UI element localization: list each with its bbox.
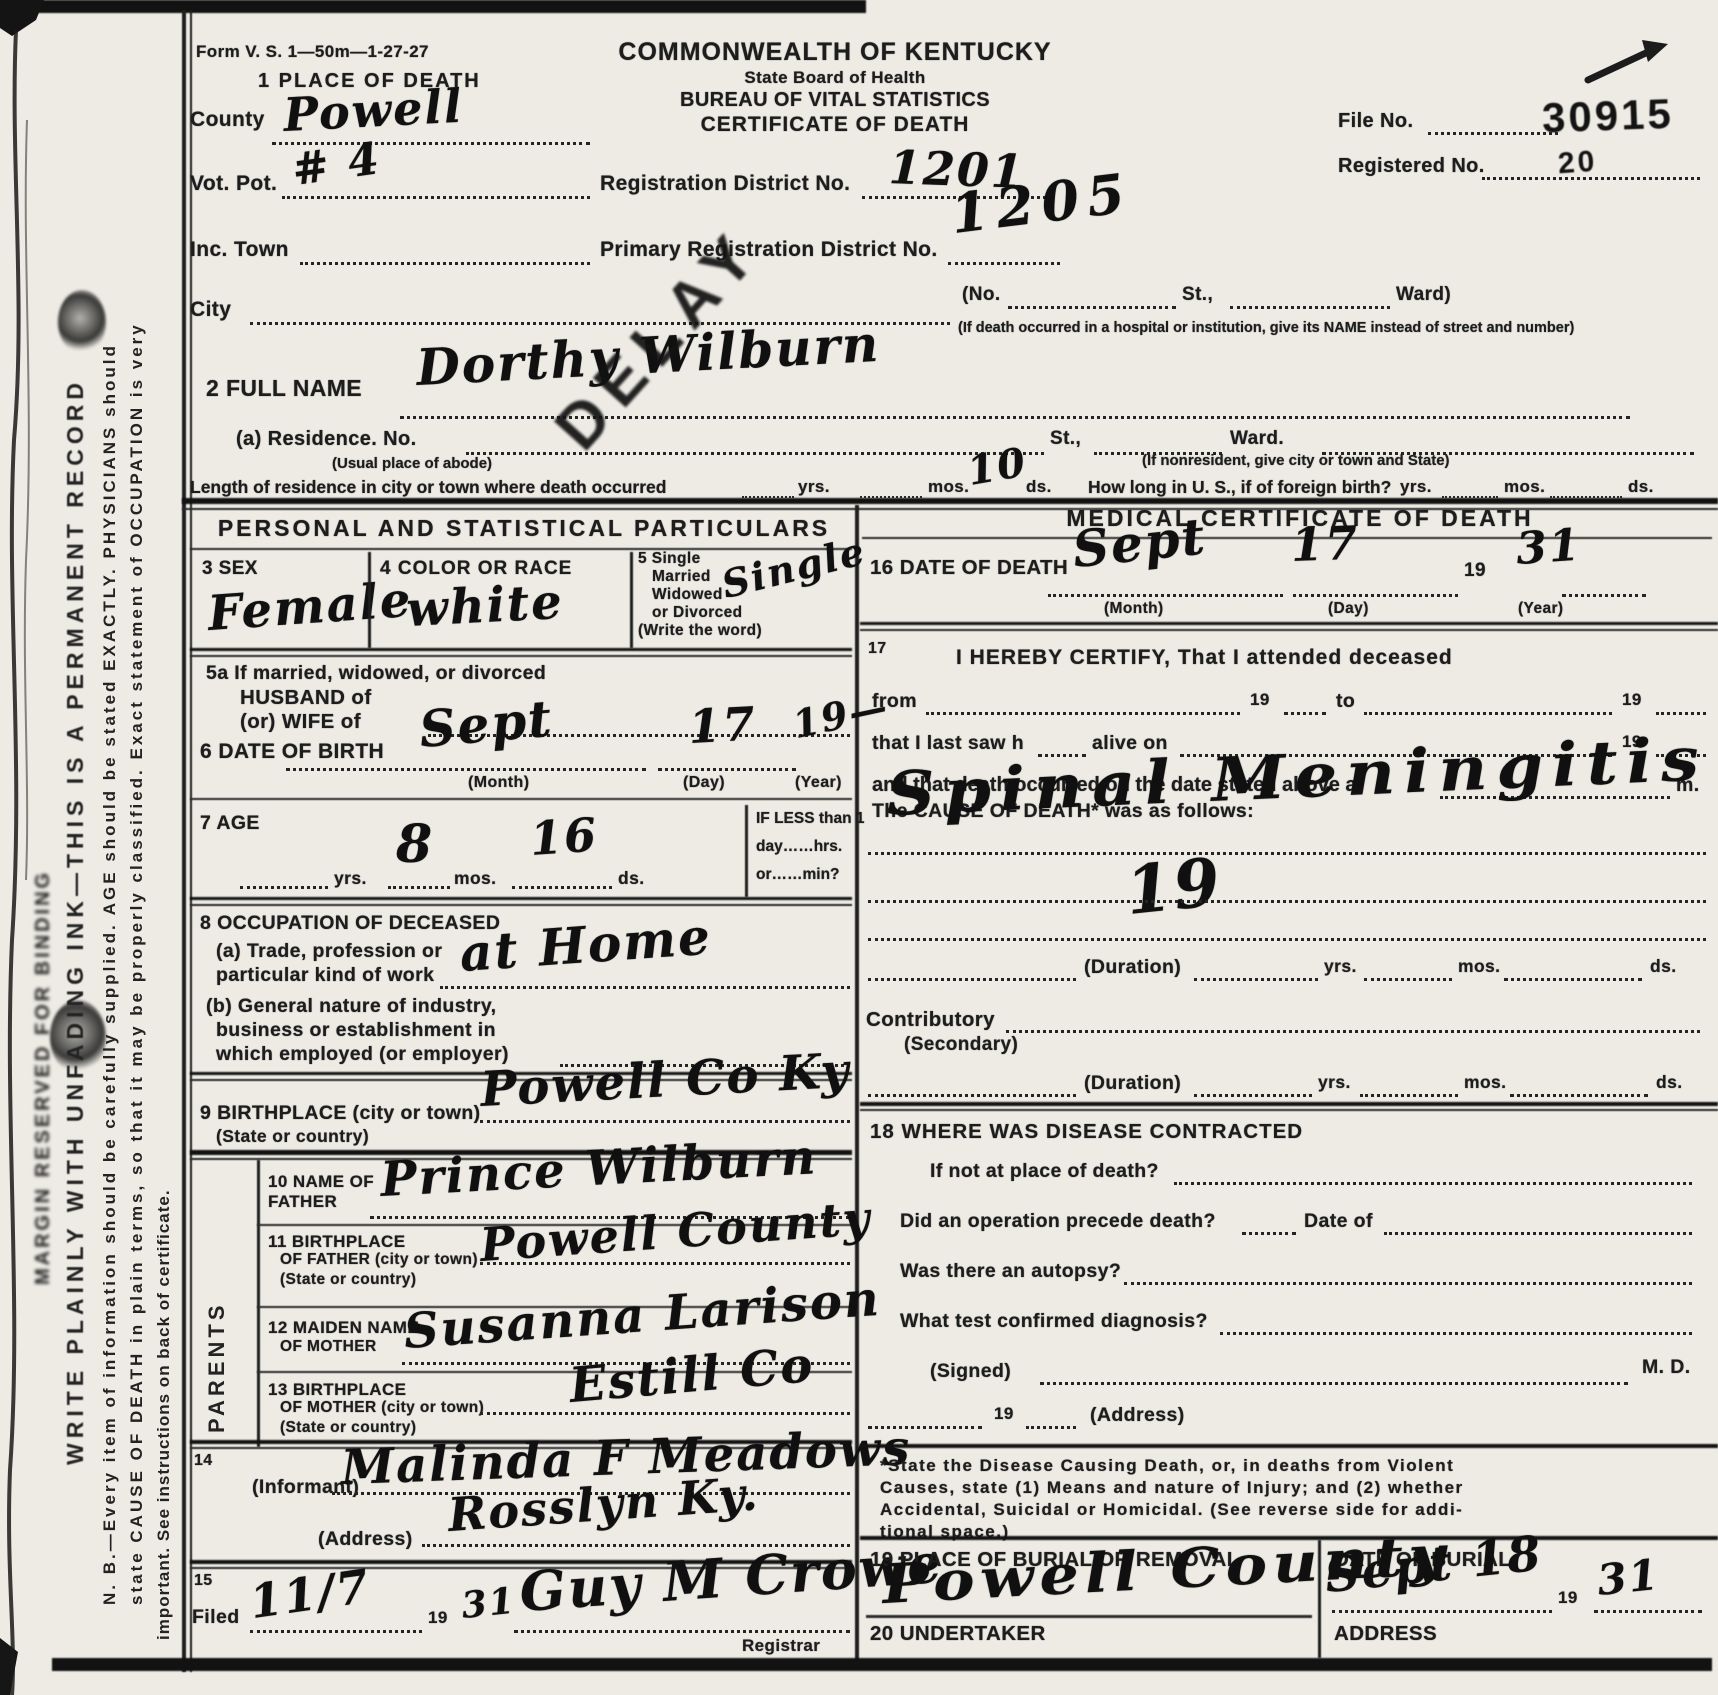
duration1-label: (Duration) (1084, 956, 1181, 979)
md-label: M. D. (1642, 1356, 1691, 1379)
dotted-line (658, 768, 796, 771)
mother-birthplace-entry: Estill Co (567, 1337, 816, 1414)
commonwealth-title: COMMONWEALTH OF KENTUCKY (600, 38, 1070, 67)
write-plainly-note: WRITE PLAINLY WITH UNFADING INK—THIS IS … (62, 430, 89, 1465)
occupation-a1-label: (a) Trade, profession or (216, 940, 442, 963)
sex-entry: Female (206, 572, 414, 642)
ward-label: Ward) (1396, 284, 1451, 306)
father-birthplace-label-1: 11 BIRTHPLACE (268, 1232, 405, 1252)
burial-19-label: 19 (1558, 1588, 1578, 1608)
autopsy-label: Was there an autopsy? (900, 1260, 1121, 1283)
duration1-yrs-label: yrs. (1324, 956, 1357, 977)
dotted-line (1510, 1094, 1648, 1097)
contributory-label: Contributory (866, 1008, 995, 1032)
occupation-a2-label: particular kind of work (216, 964, 434, 987)
undertaker-label: 20 UNDERTAKER (870, 1622, 1046, 1646)
dotted-line (1026, 1426, 1076, 1429)
dotted-line (1048, 594, 1283, 597)
dotted-line (868, 1094, 1076, 1097)
duration1-mos-label: mos. (1458, 956, 1500, 977)
file-no-label: File No. (1338, 110, 1413, 133)
operation-label: Did an operation precede death? (900, 1210, 1216, 1233)
us-ds-label: ds. (1628, 477, 1654, 497)
residence-label: (a) Residence. No. (236, 428, 417, 451)
date-of-birth-label: 6 DATE OF BIRTH (200, 740, 384, 764)
wife-of-label: (or) WIFE of (240, 710, 361, 734)
item18-label: 18 WHERE WAS DISEASE CONTRACTED (870, 1120, 1303, 1144)
dotted-line (1332, 1610, 1552, 1613)
dotted-line (1008, 306, 1176, 309)
age-entry-1: 8 (396, 814, 434, 875)
dotted-line (1174, 1182, 1692, 1185)
row-divider (190, 798, 852, 800)
dotted-line (742, 496, 794, 498)
nb-instruction-line3: important. See instructions on back of c… (154, 1110, 174, 1640)
dotted-line (282, 196, 590, 199)
father-birthplace-label-3: (State or country) (280, 1271, 416, 1289)
secondary-label: (Secondary) (904, 1034, 1018, 1056)
dotted-line (240, 886, 328, 889)
nonresident-note: (If nonresident, give city or town and S… (1142, 452, 1450, 469)
duration2-label: (Duration) (1084, 1072, 1181, 1095)
registration-district-label: Registration District No. (600, 172, 850, 196)
signed-19-label: 19 (994, 1404, 1014, 1424)
section-divider (860, 1102, 1718, 1106)
item17-number: 17 (868, 640, 887, 658)
occupation-b1-label: (b) General nature of industry, (206, 995, 496, 1018)
hospital-note: (If death occurred in a hospital or inst… (958, 320, 1574, 336)
attended-to-label: to (1336, 690, 1355, 713)
death-19-label: 19 (1464, 560, 1486, 582)
parents-section-label: PARENTS (204, 1208, 230, 1433)
form-bottom-border (52, 1658, 1712, 1671)
inc-town-label: Inc. Town (190, 238, 289, 262)
signed-label: (Signed) (930, 1360, 1011, 1383)
registered-no-stamp: 20 (1557, 145, 1599, 182)
form-left-border (182, 10, 186, 1672)
row-divider-2 (190, 655, 852, 657)
dotted-line (1006, 1030, 1700, 1033)
death-year-sublabel: (Year) (1518, 600, 1563, 618)
dotted-line (514, 1630, 850, 1633)
duration2-yrs-label: yrs. (1318, 1072, 1351, 1093)
how-long-us-label: How long in U. S., if of foreign birth? (1088, 477, 1391, 498)
header-divider (182, 498, 1718, 504)
bureau-title: BUREAU OF VITAL STATISTICS (600, 89, 1070, 112)
cell-divider (745, 805, 748, 897)
birthplace-sublabel: (State or country) (216, 1126, 369, 1147)
father-name-entry: Prince Wilburn (379, 1129, 819, 1208)
dotted-line (868, 978, 1076, 981)
us-mos-label: mos. (1504, 477, 1545, 497)
full-name-label: 2 FULL NAME (206, 375, 362, 402)
pen-arrow-mark (1582, 36, 1674, 88)
last-saw-label: that I last saw h (872, 732, 1024, 755)
burial-year-entry: 31 (1595, 1550, 1662, 1605)
section-rule (190, 548, 852, 550)
husband-of-label: HUSBAND of (240, 686, 372, 710)
county-label: County (190, 108, 265, 132)
burial-underline (866, 1615, 1312, 1618)
row-divider (860, 622, 1718, 625)
father-name-label-1: 10 NAME OF (268, 1172, 374, 1192)
father-name-label-2: FATHER (268, 1192, 337, 1212)
section-divider (860, 1444, 1718, 1448)
scan-top-bar (0, 0, 866, 13)
death-month-sublabel: (Month) (1104, 600, 1164, 618)
death-day-sublabel: (Day) (1328, 600, 1369, 618)
dotted-line (948, 262, 1060, 265)
filed-label: Filed (192, 1606, 240, 1629)
occupation-b2-label: business or establishment in (216, 1019, 496, 1042)
age-mos-label: mos. (454, 868, 496, 889)
date-of-death-label: 16 DATE OF DEATH (870, 556, 1068, 580)
day-hrs-label: day……hrs. (756, 838, 842, 856)
dotted-line (480, 1412, 850, 1415)
undertaker-address-label: ADDRESS (1334, 1622, 1437, 1646)
voting-precinct-label: Vot. Pot. (190, 172, 277, 196)
mother-name-label-2: OF MOTHER (280, 1338, 377, 1356)
item5a-label: 5a If married, widowed, or divorced (206, 662, 546, 685)
month-sublabel: (Month) (468, 774, 529, 792)
test-confirmed-label: What test confirmed diagnosis? (900, 1310, 1208, 1333)
birthplace-label: 9 BIRTHPLACE (city or town) (200, 1102, 481, 1125)
from-19-label: 19 (1250, 690, 1270, 710)
dotted-line (466, 452, 1044, 455)
age-label: 7 AGE (200, 812, 260, 835)
column-divider (855, 505, 859, 1660)
certificate-title: CERTIFICATE OF DEATH (600, 113, 1070, 137)
dotted-line (1562, 594, 1646, 597)
row-divider (190, 648, 852, 651)
death-year-entry: 31 (1514, 520, 1583, 575)
marital-write-word-note: (Write the word) (638, 622, 762, 640)
age-entry-2: 16 (528, 807, 600, 866)
duration2-ds-label: ds. (1656, 1072, 1683, 1093)
dotted-line (388, 886, 450, 889)
dotted-line (1293, 594, 1458, 597)
date-of-label: Date of (1304, 1210, 1373, 1233)
dotted-line (1364, 712, 1612, 715)
dotted-line (868, 900, 1706, 903)
dotted-line (868, 938, 1706, 941)
section-rule (862, 537, 1712, 539)
to-19-label: 19 (1622, 690, 1642, 710)
filed-date-entry: 11/7 (246, 1559, 373, 1629)
attended-from-label: from (872, 690, 917, 713)
death-certificate-scan: MARGIN RESERVED FOR BINDING WRITE PLAINL… (0, 0, 1718, 1695)
voting-precinct-entry: # 4 (289, 133, 384, 196)
footnote-line3: Accidental, Suicidal or Homicidal. (See … (880, 1500, 1463, 1520)
row-divider-2 (190, 904, 852, 906)
day-sublabel: (Day) (683, 774, 725, 792)
dotted-line (1442, 496, 1498, 498)
form-number: Form V. S. 1—50m—1-27-27 (196, 42, 429, 62)
birth-day-entry: 17 (687, 697, 758, 754)
dotted-line (480, 1120, 850, 1123)
dotted-line (1220, 1332, 1692, 1335)
item15-number: 15 (194, 1572, 213, 1590)
dotted-line (1364, 978, 1452, 981)
birthplace-entry: Powell Co Ky (479, 1043, 852, 1118)
dotted-line (1594, 1610, 1702, 1613)
duration1-ds-label: ds. (1650, 956, 1677, 977)
dotted-line (1360, 1094, 1458, 1097)
age-ds-label: ds. (618, 868, 645, 889)
dotted-line (1428, 132, 1558, 135)
mother-name-label-1: 12 MAIDEN NAME (268, 1318, 419, 1338)
nb-instruction-line1: N. B.—Every item of information should b… (100, 90, 120, 1605)
street-no-label: (No. (962, 284, 1001, 306)
board-of-health: State Board of Health (600, 68, 1070, 88)
parents-cell-divider (257, 1160, 260, 1447)
length-ds-label: ds. (1026, 477, 1052, 497)
cell-divider (368, 552, 371, 648)
dotted-line (1040, 1382, 1628, 1385)
street-label: St., (1182, 284, 1213, 306)
dotted-line (1656, 712, 1706, 715)
dotted-line (250, 1630, 422, 1633)
or-min-label: or……min? (756, 866, 840, 884)
dotted-line (1194, 978, 1318, 981)
dotted-line (868, 852, 1706, 855)
footnote-line1: *State the Disease Causing Death, or, in… (880, 1456, 1454, 1476)
father-birthplace-entry: Powell County (478, 1191, 873, 1272)
mother-birthplace-label-2: OF MOTHER (city or town) (280, 1399, 484, 1417)
personal-section-title: PERSONAL AND STATISTICAL PARTICULARS (196, 515, 852, 542)
dotted-line (1504, 978, 1642, 981)
not-at-place-label: If not at place of death? (930, 1160, 1159, 1183)
dotted-line (926, 712, 1240, 715)
filed-year-entry: 31 (460, 1580, 518, 1627)
certify-statement: I HEREBY CERTIFY, That I attended deceas… (956, 646, 1453, 670)
length-yrs-label: yrs. (798, 477, 830, 497)
file-no-stamp: 30915 (1541, 90, 1674, 143)
dotted-line (1550, 496, 1622, 498)
marital-option-widowed: Widowed (652, 586, 723, 604)
dotted-line (1230, 306, 1390, 309)
dotted-line (868, 1426, 982, 1429)
birth-month-entry: Sept (417, 689, 556, 759)
row-divider (190, 897, 852, 900)
age-yrs-label: yrs. (334, 868, 367, 889)
length-days-entry: 10 (964, 438, 1031, 495)
city-label: City (190, 298, 231, 322)
row-divider-2 (860, 629, 1718, 631)
informant-address-label: (Address) (318, 1528, 413, 1551)
item14-number: 14 (194, 1452, 213, 1470)
us-yrs-label: yrs. (1400, 477, 1432, 497)
md-address-label: (Address) (1090, 1404, 1185, 1427)
dotted-line (480, 1262, 850, 1265)
death-month-entry: Sept (1070, 506, 1209, 579)
color-race-entry: white (405, 574, 565, 638)
cause-duration-entry: 19 (1122, 842, 1225, 930)
mother-birthplace-label-1: 13 BIRTHPLACE (268, 1380, 406, 1400)
dotted-line (1124, 1282, 1692, 1285)
dotted-line (512, 886, 612, 889)
filed-19-label: 19 (428, 1608, 448, 1628)
ink-stain (58, 290, 106, 354)
abode-note: (Usual place of abode) (332, 455, 492, 472)
dotted-line (1384, 1232, 1692, 1235)
section-divider-2 (860, 1109, 1718, 1111)
death-day-entry: 17 (1290, 516, 1360, 572)
residence-ward-label: Ward. (1230, 428, 1284, 450)
dotted-line (1284, 712, 1326, 715)
dotted-line (1194, 1094, 1312, 1097)
registrar-label: Registrar (742, 1636, 820, 1656)
length-residence-label: Length of residence in city or town wher… (190, 477, 666, 498)
footnote-line2: Causes, state (1) Means and nature of In… (880, 1478, 1464, 1498)
sex-label: 3 SEX (202, 558, 258, 580)
dotted-line (1242, 1232, 1296, 1235)
dotted-line (300, 262, 590, 265)
residence-street-label: St., (1050, 428, 1081, 450)
cell-divider (630, 552, 633, 648)
dotted-line (286, 768, 646, 771)
year-sublabel: (Year) (795, 774, 842, 792)
margin-binding-note: MARGIN RESERVED FOR BINDING (32, 565, 55, 1285)
length-mos-label: mos. (928, 477, 969, 497)
occupation-label: 8 OCCUPATION OF DECEASED (200, 912, 500, 935)
if-less-label: IF LESS than 1 (756, 810, 865, 828)
dotted-line (860, 496, 922, 498)
mother-birthplace-label-3: (State or country) (280, 1419, 416, 1437)
nb-instruction-line2: state CAUSE OF DEATH in plain terms, so … (127, 90, 147, 1605)
dotted-line (440, 986, 850, 989)
father-birthplace-label-2: OF FATHER (city or town) (280, 1251, 478, 1269)
marital-option-married: Married (652, 568, 711, 586)
registered-no-label: Registered No. (1338, 155, 1485, 178)
duration2-mos-label: mos. (1464, 1072, 1506, 1093)
occupation-b3-label: which employed (or employer) (216, 1043, 509, 1066)
marital-option-single: 5 Single (638, 550, 701, 568)
